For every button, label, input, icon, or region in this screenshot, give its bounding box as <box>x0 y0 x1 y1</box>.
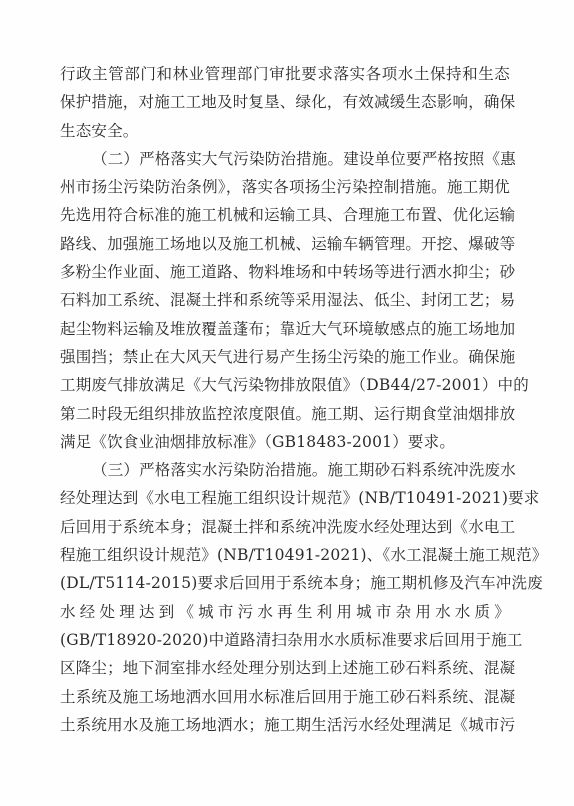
text-line: 路线、加强施工场地以及施工机械、运输车辆管理。开挖、爆破等 <box>60 230 510 258</box>
text-line: (DL/T5114-2015)要求后回用于系统本身；施工期机修及汽车冲洗废 <box>60 569 510 597</box>
text-line: 工期废气排放满足《大气污染物排放限值》（DB44/27-2001）中的 <box>60 371 510 399</box>
text-line: 保护措施，对施工工地及时复垦、绿化，有效减缓生态影响，确保 <box>60 88 510 116</box>
text-line: 石料加工系统、混凝土拌和系统等采用湿法、低尘、封闭工艺；易 <box>60 286 510 314</box>
text-line: 先选用符合标准的施工机械和运输工具、合理施工布置、优化运输 <box>60 201 510 229</box>
text-line: 程施工组织设计规范》(NB/T10491-2021)、《水工混凝土施工规范》 <box>60 541 510 569</box>
document-page: 行政主管部门和林业管理部门审批要求落实各项水土保持和生态 保护措施，对施工工地及… <box>0 0 574 806</box>
text-line: 土系统及施工场地洒水回用水标准后回用于施工砂石料系统、混凝 <box>60 683 510 711</box>
section-heading-line: （三）严格落实水污染防治措施。施工期砂石料系统冲洗废水 <box>60 456 510 484</box>
document-body: 行政主管部门和林业管理部门审批要求落实各项水土保持和生态 保护措施，对施工工地及… <box>60 60 510 739</box>
text-line: (GB/T18920-2020)中道路清扫杂用水水质标准要求后回用于施工 <box>60 626 510 654</box>
text-line: 第二时段无组织排放监控浓度限值。施工期、运行期食堂油烟排放 <box>60 400 510 428</box>
text-line: 强围挡；禁止在大风天气进行易产生扬尘污染的施工作业。确保施 <box>60 343 510 371</box>
text-line: 水经处理达到《城市污水再生利用城市杂用水水质》 <box>60 598 510 626</box>
text-line: 州市扬尘污染防治条例》，落实各项扬尘污染控制措施。施工期优 <box>60 173 510 201</box>
text-line: 满足《饮食业油烟排放标准》（GB18483-2001）要求。 <box>60 428 510 456</box>
text-line: 生态安全。 <box>60 117 510 145</box>
text-line: 起尘物料运输及堆放覆盖蓬布；靠近大气环境敏感点的施工场地加 <box>60 315 510 343</box>
section-heading-line: （二）严格落实大气污染防治措施。建设单位要严格按照《惠 <box>60 145 510 173</box>
paragraph-water-pollution: （三）严格落实水污染防治措施。施工期砂石料系统冲洗废水 经处理达到《水电工程施工… <box>60 456 510 739</box>
text-line: 后回用于系统本身；混凝土拌和系统冲洗废水经处理达到《水电工 <box>60 513 510 541</box>
text-line: 多粉尘作业面、施工道路、物料堆场和中转场等进行洒水抑尘；砂 <box>60 258 510 286</box>
paragraph-air-pollution: （二）严格落实大气污染防治措施。建设单位要严格按照《惠 州市扬尘污染防治条例》，… <box>60 145 510 456</box>
text-line: 土系统用水及施工场地洒水；施工期生活污水经处理满足《城市污 <box>60 711 510 739</box>
text-line: 区降尘；地下洞室排水经处理分别达到上述施工砂石料系统、混凝 <box>60 654 510 682</box>
text-line: 行政主管部门和林业管理部门审批要求落实各项水土保持和生态 <box>60 60 510 88</box>
paragraph-ecology-end: 行政主管部门和林业管理部门审批要求落实各项水土保持和生态 保护措施，对施工工地及… <box>60 60 510 145</box>
text-line: 经处理达到《水电工程施工组织设计规范》(NB/T10491-2021)要求 <box>60 484 510 512</box>
